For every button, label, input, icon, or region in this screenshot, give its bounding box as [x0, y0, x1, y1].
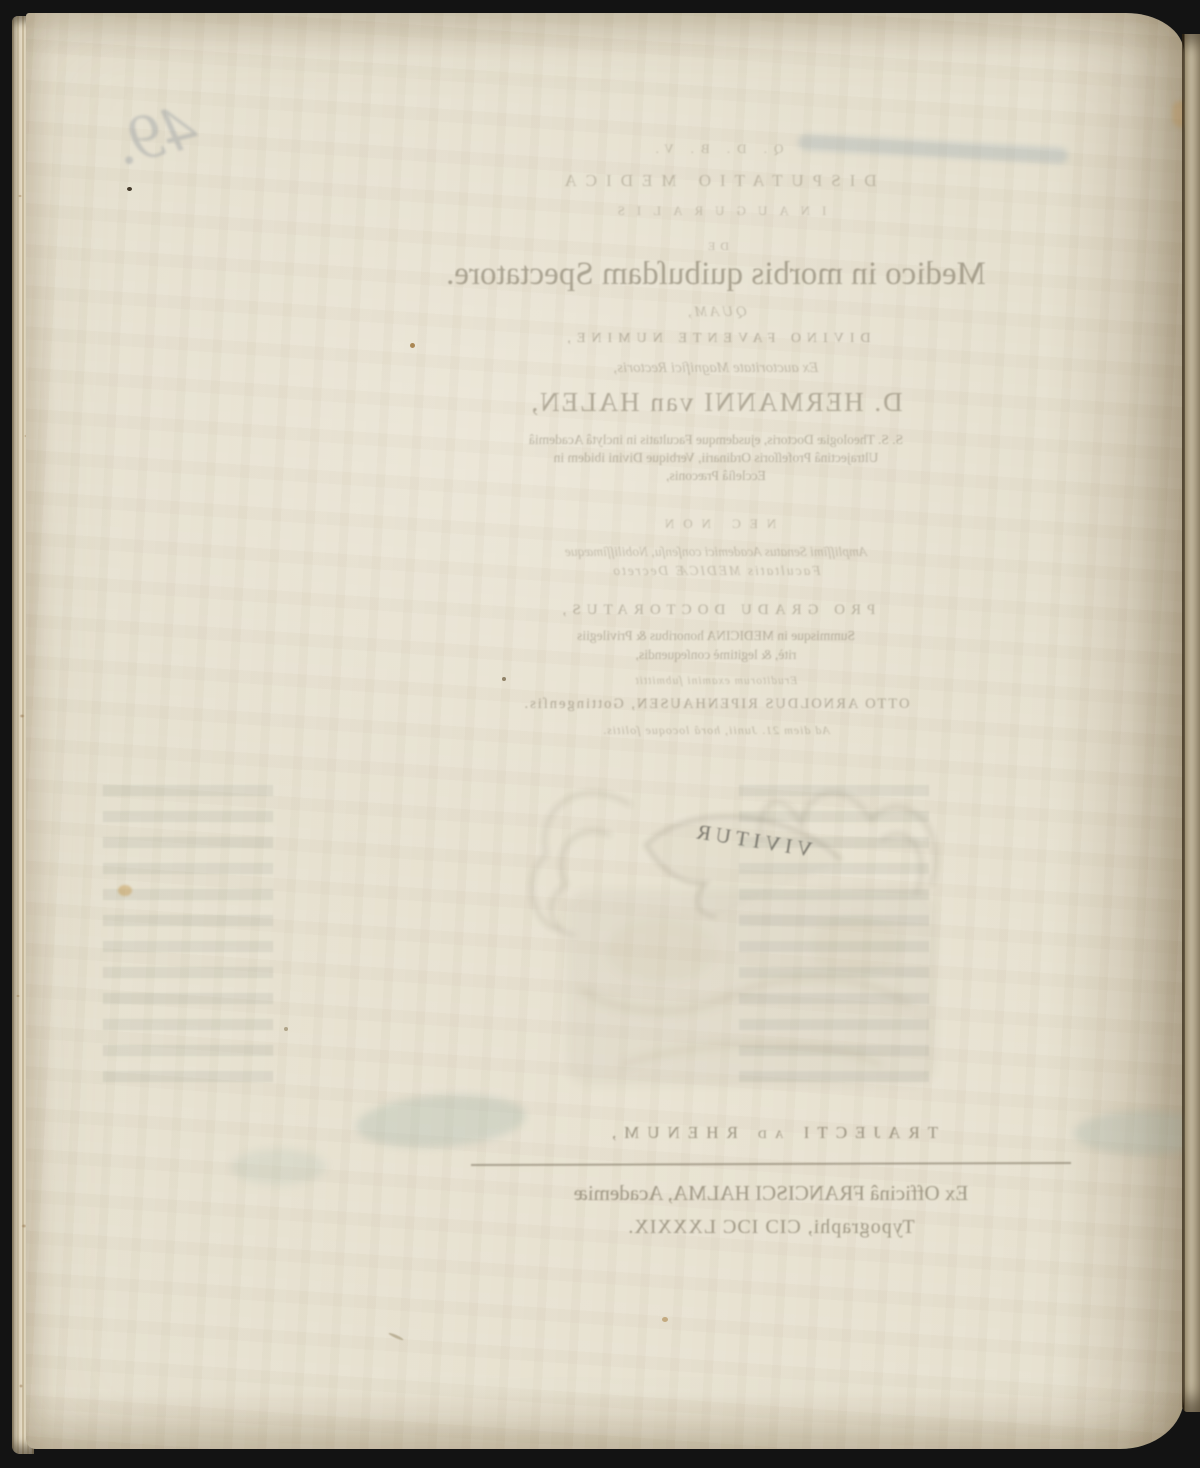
- scan-background: Q. D. B. V. DISPUTATIO MEDICA INAUGURALI…: [0, 0, 1200, 1468]
- showthrough-line-rite: ritè, & legitimè conſequendis,: [211, 647, 1200, 663]
- showthrough-line-theologiae: S. S. Theologiæ Doctoris, ejusdemque Fac…: [211, 432, 1200, 448]
- handwritten-number-showthrough: 49.: [106, 88, 204, 182]
- imprint-rule: [471, 1162, 1071, 1166]
- showthrough-line-qdbv: Q. D. B. V.: [211, 141, 1200, 157]
- paper-speck: [127, 187, 132, 191]
- showthrough-line-summisque: Summisque in MEDICINA honoribus & Privil…: [211, 628, 1200, 644]
- printer-device-vignette: VIVITUR: [511, 765, 991, 1105]
- showthrough-line-quam: QUAM,: [211, 304, 1200, 321]
- showthrough-line-hermanni: D. HERMANNI van HALEN,: [211, 387, 1200, 418]
- showthrough-line-exofficina: Ex Officinâ FRANCISCI HALMA, Academiæ: [266, 1181, 1200, 1206]
- showthrough-line-inauguralis: INAUGURALIS: [211, 203, 1200, 219]
- showthrough-line-typographi: Typographi, CIƆ IƆC LXXXIX.: [266, 1216, 1200, 1239]
- book-page: Q. D. B. V. DISPUTATIO MEDICA INAUGURALI…: [26, 13, 1184, 1449]
- showthrough-line-facultatis: Facultatis MEDICÆ Decreto: [211, 563, 1200, 579]
- showthrough-line-divino: DIVINO FAVENTE NUMINE,: [211, 331, 1200, 347]
- deep-page-ghost-text-right: [103, 785, 273, 1085]
- showthrough-line-disputatio: DISPUTATIO MEDICA: [211, 171, 1200, 191]
- showthrough-line-eruditorum: Eruditorum examini ſubmittit: [211, 675, 1200, 687]
- showthrough-line-de: DE: [211, 239, 1200, 254]
- showthrough-line-exauctoritate: Ex auctoritate Magnifici Rectoris,: [211, 360, 1200, 377]
- showthrough-line-otto: OTTO ARNOLDUS RIPENHAUSEN, Gottingenſis.: [211, 696, 1200, 713]
- paper-stain: [118, 885, 132, 896]
- showthrough-line-addiem: Ad diem 21. Junii, horâ locoque ſolitis.: [211, 723, 1200, 738]
- showthrough-line-amplissimi: Ampliſſimi Senatus Academici conſenſu, N…: [211, 544, 1200, 560]
- showthrough-line-medico: Medico in morbis quibuſdam Spectatore.: [211, 256, 1200, 293]
- adjacent-page-gutter: [1182, 34, 1200, 1412]
- showthrough-title-block: Q. D. B. V. DISPUTATIO MEDICA INAUGURALI…: [211, 13, 1200, 1449]
- showthrough-line-trajecti: TRAJECTI ad RHENUM,: [266, 1123, 1200, 1143]
- showthrough-line-necnon: NEC NON: [211, 516, 1200, 532]
- showthrough-line-progradu: PRO GRADU DOCTORATUS,: [211, 602, 1200, 619]
- showthrough-line-ecclesia: Eccleſiâ Præconis,: [211, 468, 1200, 484]
- showthrough-line-ultrajectina: Ultrajectinâ Profeſſoris Ordinarii, Verb…: [211, 450, 1200, 466]
